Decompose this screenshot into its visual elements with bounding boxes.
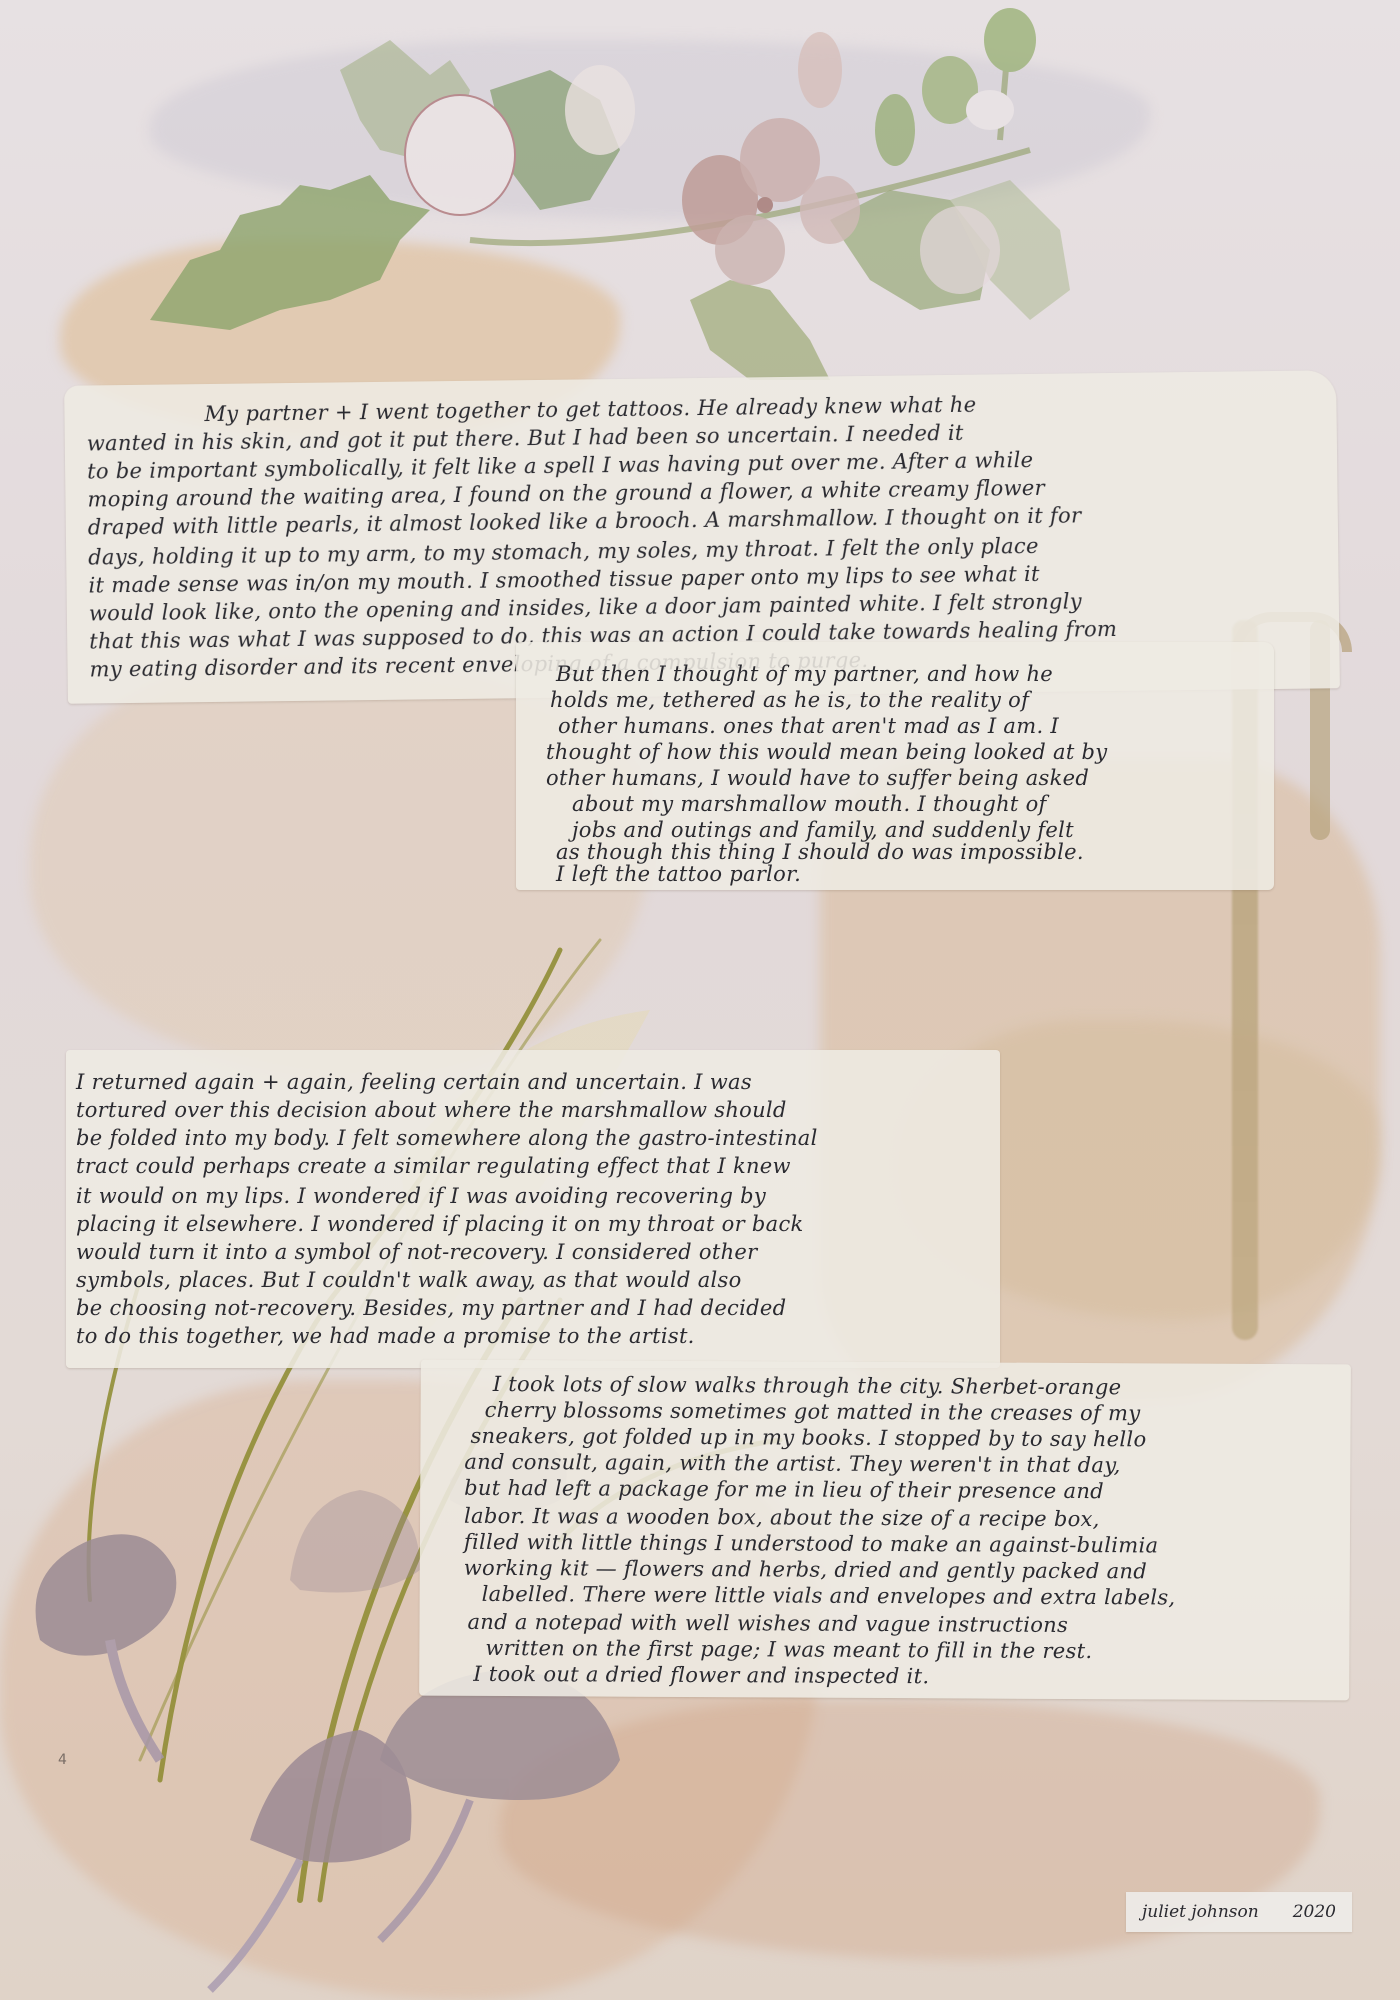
marshmallow-flower-illustration (130, 0, 1080, 380)
bud-icon (966, 90, 1014, 130)
note-line: tract could perhaps create a similar reg… (76, 1156, 791, 1177)
note-line: holds me, tethered as he is, to the real… (550, 690, 1029, 711)
green-bud-icon (875, 94, 915, 166)
note-line: other humans. ones that aren't mad as I … (558, 716, 1059, 737)
note-line: be folded into my body. I felt somewhere… (76, 1128, 818, 1149)
artist-signature-label: juliet johnson 2020 (1126, 1892, 1352, 1932)
leaf-icon (150, 175, 430, 330)
note-line: and a notepad with well wishes and vague… (467, 1612, 1068, 1636)
mushroom-icon (380, 1670, 620, 1940)
note-line: symbols, places. But I couldn't walk awa… (76, 1270, 742, 1291)
leaf-icon (690, 280, 830, 380)
note-line: sneakers, got folded up in my books. I s… (470, 1426, 1146, 1451)
note-line: placing it elsewhere. I wondered if plac… (76, 1214, 804, 1235)
note-line: filled with little things I understood t… (464, 1532, 1159, 1557)
note-line: and consult, again, with the artist. The… (464, 1452, 1120, 1476)
bud-icon (565, 65, 635, 155)
note-line: would turn it into a symbol of not-recov… (76, 1242, 757, 1263)
note-line: tortured over this decision about where … (76, 1100, 787, 1121)
handwritten-note-2: But then I thought of my partner, and ho… (516, 642, 1274, 890)
bud-icon (920, 206, 1000, 294)
note-line: be choosing not-recovery. Besides, my pa… (76, 1298, 786, 1319)
artwork-canvas: My partner + I went together to get tatt… (0, 0, 1400, 2000)
handwritten-note-4: I took lots of slow walks through the ci… (419, 1360, 1351, 1701)
note-line: I took out a dried flower and inspected … (473, 1664, 929, 1687)
note-line: working kit — flowers and herbs, dried a… (464, 1558, 1147, 1583)
note-line: other humans, I would have to suffer bei… (546, 768, 1089, 789)
note-line: labelled. There were little vials and en… (482, 1584, 1176, 1609)
bud-icon (405, 95, 515, 215)
note-line: But then I thought of my partner, and ho… (556, 664, 1053, 685)
note-line: I took lots of slow walks through the ci… (493, 1374, 1122, 1398)
blossom-icon (682, 118, 860, 285)
note-line: to do this together, we had made a promi… (76, 1326, 695, 1347)
note-line: about my marshmallow mouth. I thought of (572, 794, 1047, 815)
note-line: cherry blossoms sometimes got matted in … (485, 1400, 1141, 1424)
note-line: draped with little pearls, it almost loo… (88, 505, 1082, 538)
note-line: I returned again + again, feeling certai… (76, 1072, 752, 1093)
note-line: thought of how this would mean being loo… (546, 742, 1107, 763)
note-line: labor. It was a wooden box, about the si… (464, 1506, 1100, 1530)
note-line: jobs and outings and family, and suddenl… (572, 820, 1074, 841)
artist-name: juliet johnson (1142, 1902, 1259, 1922)
note-line: but had left a package for me in lieu of… (464, 1478, 1104, 1502)
green-bud-icon (984, 8, 1036, 72)
page-number: 4 (58, 1752, 67, 1768)
mushroom-icon (210, 1730, 411, 1990)
bud-icon (798, 32, 842, 108)
artwork-year: 2020 (1293, 1902, 1336, 1922)
handwritten-note-3: I returned again + again, feeling certai… (66, 1050, 1000, 1368)
note-line: it would on my lips. I wondered if I was… (76, 1186, 766, 1207)
note-line: as though this thing I should do was imp… (556, 842, 1084, 863)
note-line: written on the first page; I was meant t… (485, 1638, 1092, 1662)
note-line: My partner + I went together to get tatt… (204, 395, 976, 425)
note-line: I left the tattoo parlor. (556, 864, 801, 885)
